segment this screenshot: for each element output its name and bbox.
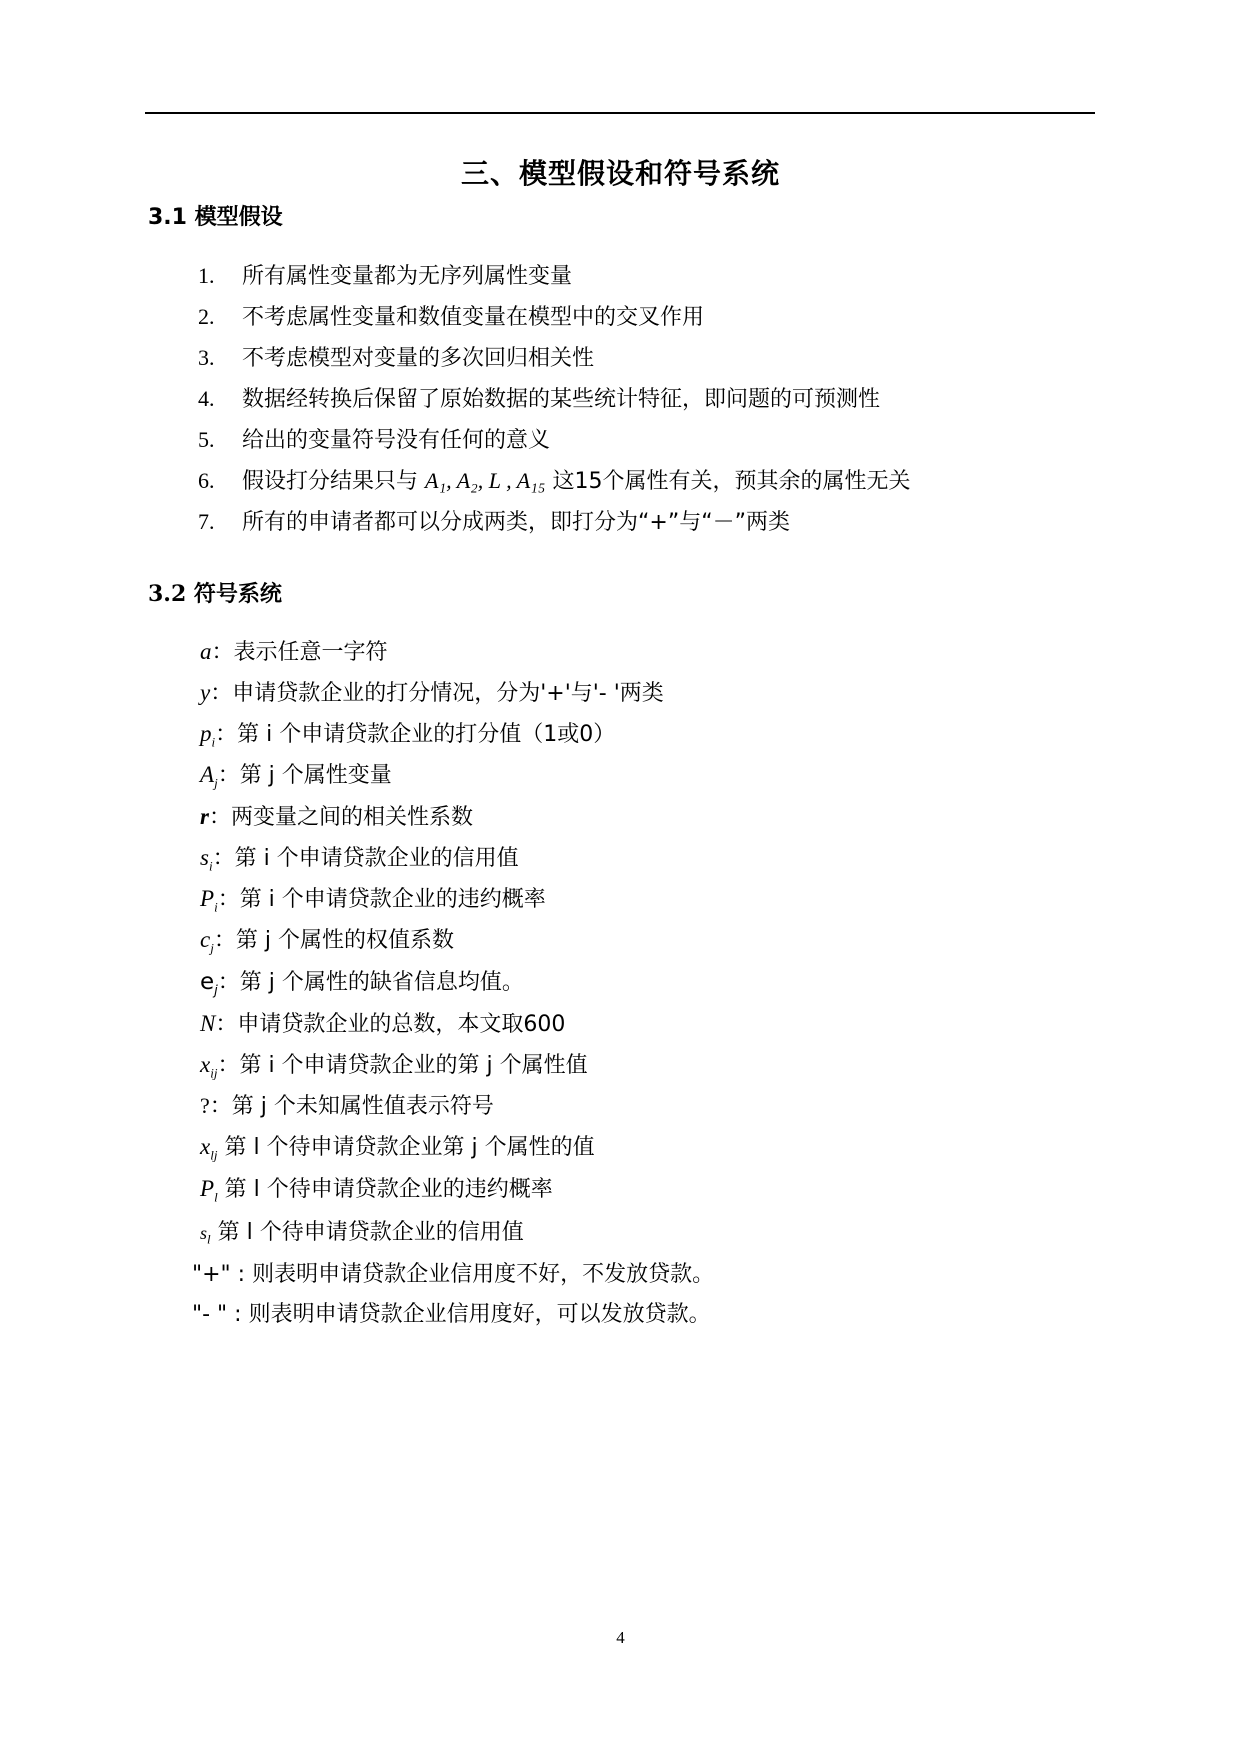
header-rule bbox=[145, 112, 1095, 114]
assumption-item: 7.所有的申请者都可以分成两类，即打分为“+”与“－”两类 bbox=[198, 508, 790, 537]
chapter-title: 三、模型假设和符号系统 bbox=[0, 152, 1241, 192]
symbol-definition: ej：第 j 个属性的缺省信息均值。 bbox=[200, 968, 524, 1006]
symbol-definition: cj：第 j 个属性的权值系数 bbox=[200, 926, 454, 963]
symbol-definition: a：表示任意一字符 bbox=[200, 638, 388, 667]
assumption-item: 1.所有属性变量都为无序列属性变量 bbox=[198, 262, 572, 291]
symbol-definition: pi：第 i 个申请贷款企业的打分值（1或0） bbox=[200, 720, 615, 757]
symbol-definition: N：申请贷款企业的总数，本文取600 bbox=[200, 1010, 565, 1039]
symbol-definition: Pi：第 i 个申请贷款企业的违约概率 bbox=[200, 885, 546, 922]
section-title-symbols: 3.2 符号系统 bbox=[148, 577, 282, 608]
assumption-item: 5.给出的变量符号没有任何的意义 bbox=[198, 426, 550, 455]
attribute-range-math: A₁, A₂, L , A₁₅ bbox=[425, 468, 545, 493]
symbol-definition: Pl 第 l 个待申请贷款企业的违约概率 bbox=[200, 1175, 553, 1212]
symbol-definition: xlj 第 l 个待申请贷款企业第 j 个属性的值 bbox=[200, 1133, 595, 1170]
assumption-item: 2.不考虑属性变量和数值变量在模型中的交叉作用 bbox=[198, 303, 704, 332]
assumption-item: 6.假设打分结果只与 A₁, A₂, L , A₁₅ 这15个属性有关，预其余的… bbox=[198, 467, 910, 496]
assumption-item: 3.不考虑模型对变量的多次回归相关性 bbox=[198, 344, 594, 373]
symbol-definition: sl 第 l 个待申请贷款企业的信用值 bbox=[200, 1219, 524, 1254]
assumption-item: 4.数据经转换后保留了原始数据的某些统计特征，即问题的可预测性 bbox=[198, 385, 880, 414]
symbol-definition: si：第 i 个申请贷款企业的信用值 bbox=[200, 844, 519, 881]
symbol-definition: Aj：第 j 个属性变量 bbox=[200, 761, 392, 798]
symbol-definition: ?：第 j 个未知属性值表示符号 bbox=[200, 1092, 494, 1121]
symbol-definition: r：两变量之间的相关性系数 bbox=[200, 803, 473, 832]
page-number: 4 bbox=[0, 1628, 1241, 1648]
symbol-definition: y：申请贷款企业的打分情况，分为'+'与'- '两类 bbox=[200, 679, 664, 708]
minus-sign-definition: "- " : 则表明申请贷款企业信用度好，可以发放贷款。 bbox=[192, 1301, 711, 1329]
plus-sign-definition: "+" : 则表明申请贷款企业信用度不好，不发放贷款。 bbox=[192, 1261, 714, 1289]
section-title-assumptions: 3.1 模型假设 bbox=[148, 200, 283, 231]
symbol-definition: xij：第 i 个申请贷款企业的第 j 个属性值 bbox=[200, 1051, 588, 1088]
